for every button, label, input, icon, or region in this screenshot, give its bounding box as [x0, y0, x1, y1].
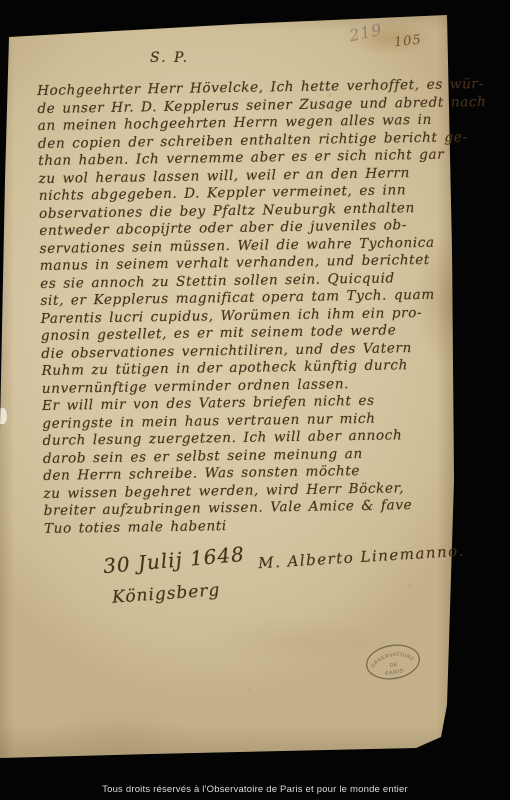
stamp-text-middle: DE: [389, 662, 398, 669]
page-number-ink: 105: [393, 33, 422, 51]
paper-edge-chip: [0, 408, 7, 424]
photo-frame: 219 105 S. P. Hochgeehrter Herr Hövelcke…: [0, 0, 510, 800]
salutation: S. P.: [150, 50, 189, 66]
stamp-text-bottom: PARIS: [385, 668, 405, 677]
letter-body: Hochgeehrter Herr Hövelcke, Ich hette ve…: [37, 76, 462, 538]
copyright-caption: Tous droits réservés à l'Observatoire de…: [0, 784, 510, 795]
